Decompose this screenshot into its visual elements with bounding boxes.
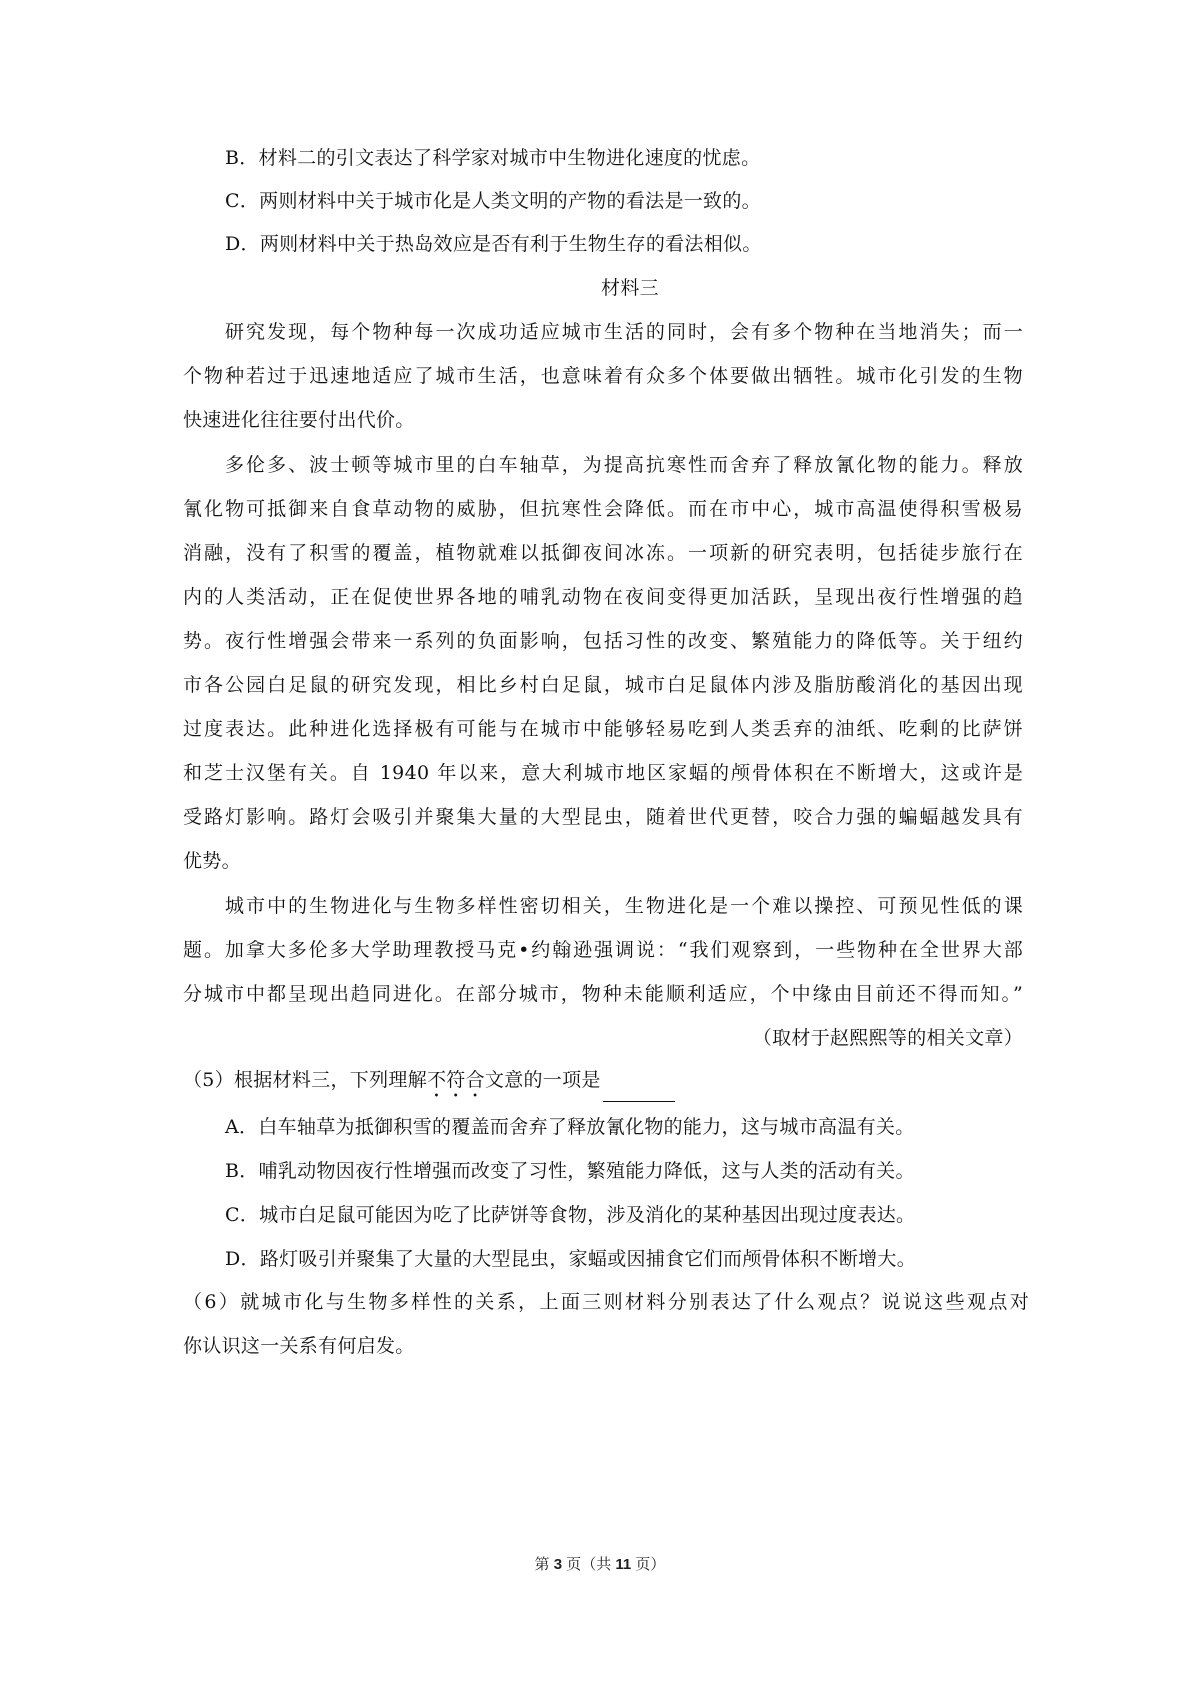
material3-p1-line: 个物种若过于迅速地适应了城市生活，也意味着有众多个体要做出牺牲。城市化引发的生物 xyxy=(183,364,1023,388)
material3-p2-line: 和芝士汉堡有关。自 1940 年以来，意大利城市地区家蝠的颅骨体积在不断增大，这… xyxy=(183,761,1023,785)
material3-source: （取材于赵熙熙等的相关文章） xyxy=(753,1026,1023,1050)
option-b-prev: B．材料二的引文表达了科学家对城市中生物进化速度的忧虑。 xyxy=(225,146,760,170)
material3-p2-line: 优势。 xyxy=(183,849,241,873)
material3-p1-line: 研究发现，每个物种每一次成功适应城市生活的同时，会有多个物种在当地消失；而一 xyxy=(225,320,1023,344)
question-5-stem: （5）根据材料三，下列理解不符合文意的一项是 xyxy=(183,1068,675,1102)
footer-total-pages: 11 xyxy=(615,1556,631,1573)
option-d-prev: D．两则材料中关于热岛效应是否有利于生物生存的看法相似。 xyxy=(225,232,762,256)
answer-blank[interactable] xyxy=(603,1081,675,1102)
question-5-option-c: C．城市白足鼠可能因为吃了比萨饼等食物，涉及消化的某种基因出现过度表达。 xyxy=(225,1203,915,1227)
question-5-emphasis: 不符合 xyxy=(427,1069,485,1091)
footer-page-number: 3 xyxy=(554,1556,562,1573)
material3-p2-line: 市各公园白足鼠的研究发现，相比乡村白足鼠，城市白足鼠体内涉及脂肪酸消化的基因出现 xyxy=(183,673,1023,697)
material3-p2-line: 多伦多、波士顿等城市里的白车轴草，为提高抗寒性而舍弃了释放氰化物的能力。释放 xyxy=(225,453,1023,477)
question-6-line2: 你认识这一关系有何启发。 xyxy=(183,1334,415,1358)
document-page: B．材料二的引文表达了科学家对城市中生物进化速度的忧虑。 C．两则材料中关于城市… xyxy=(0,0,1200,1698)
page-footer: 第 3 页（共 11 页） xyxy=(0,1553,1200,1574)
material3-p2-line: 过度表达。此种进化选择极有可能与在城市中能够轻易吃到人类丢弃的油纸、吃剩的比萨饼 xyxy=(183,717,1023,741)
footer-pre: 第 xyxy=(535,1556,554,1573)
question-5-option-d: D．路灯吸引并聚集了大量的大型昆虫，家蝠或因捕食它们而颅骨体积不断增大。 xyxy=(225,1247,916,1271)
material3-p2-line: 消融，没有了积雪的覆盖，植物就难以抵御夜间冰冻。一项新的研究表明，包括徒步旅行在 xyxy=(183,541,1023,565)
material3-p2-line: 氰化物可抵御来自食草动物的威胁，但抗寒性会降低。而在市中心，城市高温使得积雪极易 xyxy=(183,497,1023,521)
material3-p3-line: 题。加拿大多伦多大学助理教授马克•约翰逊强调说：“我们观察到，一些物种在全世界大… xyxy=(183,938,1023,962)
material3-p2-line: 内的人类活动，正在促使世界各地的哺乳动物在夜间变得更加活跃，呈现出夜行性增强的趋 xyxy=(183,585,1023,609)
footer-mid: 页（共 xyxy=(562,1556,615,1573)
question-5-option-a: A．白车轴草为抵御积雪的覆盖而舍弃了释放氰化物的能力，这与城市高温有关。 xyxy=(225,1115,915,1139)
material3-p3-line: 分城市中都呈现出趋同进化。在部分城市，物种未能顺利适应，个中缘由目前还不得而知。… xyxy=(183,982,1023,1006)
option-c-prev: C．两则材料中关于城市化是人类文明的产物的看法是一致的。 xyxy=(225,189,761,213)
question-5-prefix: （5）根据材料三，下列理解 xyxy=(183,1069,427,1091)
material3-p2-line: 受路灯影响。路灯会吸引并聚集大量的大型昆虫，随着世代更替，咬合力强的蝙蝠越发具有 xyxy=(183,805,1023,829)
material3-p3-line: 城市中的生物进化与生物多样性密切相关，生物进化是一个难以操控、可预见性低的课 xyxy=(225,894,1023,918)
material3-p2-line: 势。夜行性增强会带来一系列的负面影响，包括习性的改变、繁殖能力的降低等。关于纽约 xyxy=(183,629,1023,653)
question-5-option-b: B．哺乳动物因夜行性增强而改变了习性，繁殖能力降低，这与人类的活动有关。 xyxy=(225,1159,915,1183)
material3-title: 材料三 xyxy=(0,276,1200,300)
material3-p1-line: 快速进化往往要付出代价。 xyxy=(183,408,415,432)
question-5-suffix: 文意的一项是 xyxy=(485,1069,601,1091)
question-6-line1: （6）就城市化与生物多样性的关系，上面三则材料分别表达了什么观点？说说这些观点对 xyxy=(183,1290,1029,1314)
footer-post: 页） xyxy=(631,1556,665,1573)
